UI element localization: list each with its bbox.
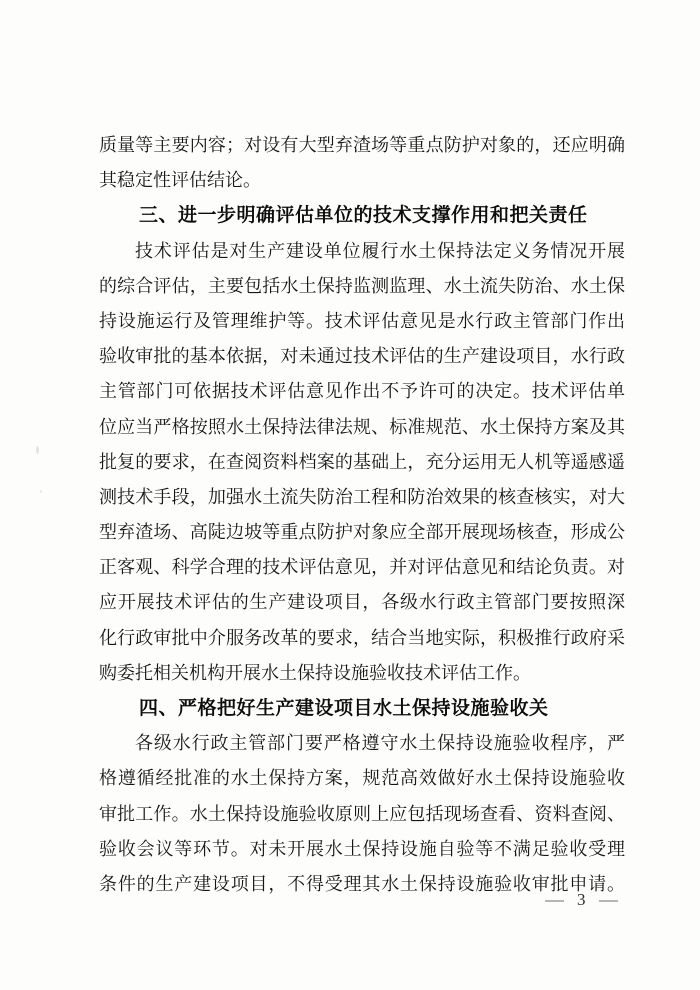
text-line: 位应当严格按照水土保持法律法规、标准规范、水土保持方案及其 [99, 410, 625, 445]
document-body: 质量等主要内容；对设有大型弃渣场等重点防护对象的，还应明确 其稳定性评估结论。 … [99, 128, 625, 902]
text-line: 格遵循经批准的水土保持方案，规范高效做好水土保持设施验收 [99, 761, 625, 796]
text-line: 各级水行政主管部门要严格遵守水土保持设施验收程序，严 [99, 726, 625, 761]
text-line: 的综合评估，主要包括水土保持监测监理、水土流失防治、水土保 [99, 269, 625, 304]
footer-dash-left [545, 900, 564, 902]
footer-dash-right [599, 900, 618, 902]
text-line: 其稳定性评估结论。 [99, 163, 625, 198]
text-line: 化行政审批中介服务改革的要求，结合当地实际，积极推行政府采 [99, 621, 625, 656]
text-line: 测技术手段，加强水土流失防治工程和防治效果的核查核实，对大 [99, 480, 625, 515]
text-line: 持设施运行及管理维护等。技术评估意见是水行政主管部门作出 [99, 304, 625, 339]
text-line: 型弃渣场、高陡边坡等重点防护对象应全部开展现场核查，形成公 [99, 515, 625, 550]
text-line: 应开展技术评估的生产建设项目，各级水行政主管部门要按照深 [99, 585, 625, 620]
text-line: 验收审批的基本依据，对未通过技术评估的生产建设项目，水行政 [99, 339, 625, 374]
text-line: 购委托相关机构开展水土保持设施验收技术评估工作。 [99, 656, 625, 691]
text-line: 批复的要求，在查阅资料档案的基础上，充分运用无人机等遥感遥 [99, 445, 625, 480]
document-page: 质量等主要内容；对设有大型弃渣场等重点防护对象的，还应明确 其稳定性评估结论。 … [0, 0, 700, 990]
section-heading-3: 三、进一步明确评估单位的技术支撑作用和把关责任 [99, 198, 625, 233]
text-line: 质量等主要内容；对设有大型弃渣场等重点防护对象的，还应明确 [99, 128, 625, 163]
text-line: 技术评估是对生产建设单位履行水土保持法定义务情况开展 [99, 234, 625, 269]
section-heading-4: 四、严格把好生产建设项目水土保持设施验收关 [99, 691, 625, 726]
text-line: 审批工作。水土保持设施验收原则上应包括现场查看、资料查阅、 [99, 797, 625, 832]
scan-speck [40, 490, 42, 493]
text-line: 主管部门可依据技术评估意见作出不予许可的决定。技术评估单 [99, 374, 625, 409]
text-line: 验收会议等环节。对未开展水土保持设施自验等不满足验收受理 [99, 832, 625, 867]
text-line: 正客观、科学合理的技术评估意见，并对评估意见和结论负责。对 [99, 550, 625, 585]
page-footer: 3 [545, 892, 618, 909]
scan-speck [36, 446, 39, 454]
page-number: 3 [577, 891, 586, 908]
